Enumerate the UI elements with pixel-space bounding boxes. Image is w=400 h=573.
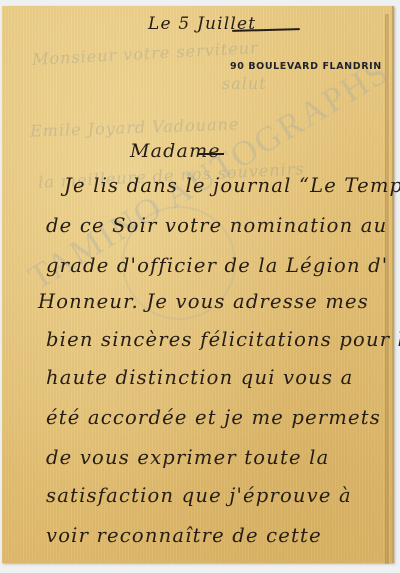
body-line: haute distinction qui vous a bbox=[46, 366, 353, 389]
body-line: voir reconnaître de cette bbox=[46, 524, 322, 547]
body-line: de vous exprimer toute la bbox=[46, 446, 329, 469]
body-line: de ce Soir votre nomination au bbox=[46, 214, 387, 237]
letterhead-address: 90 BOULEVARD FLANDRIN bbox=[230, 61, 382, 72]
salutation: Madame bbox=[130, 140, 221, 162]
body-line: Honneur. Je vous adresse mes bbox=[38, 290, 369, 313]
body-line: grade d'officier de la Légion d' bbox=[46, 254, 388, 277]
letter-sheet: Monsieur votre serviteur salut Emile Joy… bbox=[2, 6, 394, 563]
show-through-text: salut bbox=[222, 74, 267, 93]
paper-edge bbox=[385, 14, 389, 564]
show-through-text: Monsieur votre serviteur bbox=[32, 38, 259, 69]
date-flourish bbox=[232, 28, 300, 32]
show-through-text: Emile Joyard Vadouane bbox=[30, 114, 240, 140]
body-line: bien sincères félicitations pour la bbox=[46, 328, 400, 351]
salutation-flourish bbox=[198, 153, 224, 155]
body-line: satisfaction que j'éprouve à bbox=[46, 484, 352, 507]
body-line: Je lis dans le journal “Le Temps” bbox=[64, 174, 400, 197]
body-line: été accordée et je me permets bbox=[46, 406, 381, 429]
